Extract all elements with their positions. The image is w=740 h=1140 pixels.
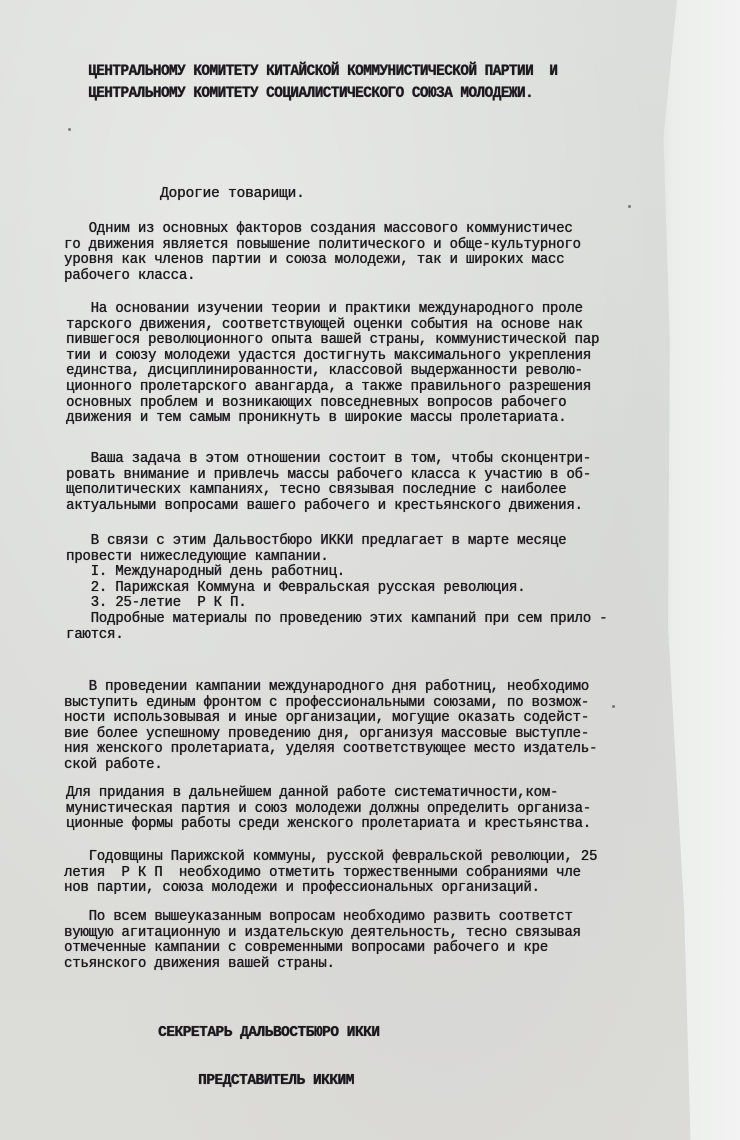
text-line: Годовщины Парижской коммуны, русской фев… bbox=[64, 850, 597, 866]
document-heading: ЦЕНТРАЛЬНОМУ КОМИТЕТУ КИТАЙСКОЙ КОММУНИС… bbox=[88, 60, 557, 104]
salutation: Дорогие товарищи. bbox=[160, 185, 305, 203]
paragraph: Годовщины Парижской коммуны, русской фев… bbox=[64, 850, 597, 897]
text-line: ской работе. bbox=[64, 758, 597, 774]
paragraph: Ваша задача в этом отношении состоит в т… bbox=[66, 452, 591, 514]
text-line: гаются. bbox=[66, 628, 607, 644]
text-line: 2. Парижская Коммуна и Февральская русск… bbox=[66, 581, 607, 597]
text-line: отмеченные кампании с современными вопро… bbox=[64, 941, 581, 957]
signature-secretary: СЕКРЕТАРЬ ДАЛЬВОСТБЮРО ИККИ bbox=[158, 1025, 379, 1041]
text-line: По всем вышеуказанным вопросам необходим… bbox=[64, 910, 581, 926]
text-line: выступить единым фронтом с профессиональ… bbox=[64, 696, 597, 712]
text-line: щеполитических кампаниях, тесно связывая… bbox=[66, 483, 591, 499]
text-line: Ваша задача в этом отношении состоит в т… bbox=[66, 452, 591, 468]
text-line: основных проблем и возникающих повседнев… bbox=[66, 396, 599, 412]
text-line: В проведении кампании международного дня… bbox=[64, 680, 597, 696]
ink-speck bbox=[628, 205, 631, 208]
text-line: Для придания в дальнейшем данной работе … bbox=[66, 786, 591, 802]
text-line: пившегося революционного опыта вашей стр… bbox=[66, 333, 599, 349]
heading-line: ЦЕНТРАЛЬНОМУ КОМИТЕТУ КИТАЙСКОЙ КОММУНИС… bbox=[88, 60, 557, 82]
ink-speck bbox=[612, 705, 615, 708]
text-line: рабочего класса. bbox=[64, 269, 581, 285]
text-line: Подробные материалы по проведению этих к… bbox=[66, 612, 607, 628]
text-line: мунистическая партия и союз молодежи дол… bbox=[66, 802, 591, 818]
text-line: актуальными вопросами вашего рабочего и … bbox=[66, 499, 591, 515]
text-line: 3. 25-летие Р К П. bbox=[66, 596, 607, 612]
text-line: стьянского движения вашей страны. bbox=[64, 957, 581, 973]
ink-speck bbox=[68, 128, 71, 131]
document-sheet: ЦЕНТРАЛЬНОМУ КОМИТЕТУ КИТАЙСКОЙ КОММУНИС… bbox=[0, 0, 740, 1140]
text-line: В связи с этим Дальвостбюро ИККИ предлаг… bbox=[66, 534, 607, 550]
text-line: единства, дисциплинированности, классово… bbox=[66, 364, 599, 380]
text-line: уровня как членов партии и союза молодеж… bbox=[64, 253, 581, 269]
torn-page-edge bbox=[650, 0, 740, 1140]
text-line: На основании изучении теории и практики … bbox=[66, 302, 599, 318]
text-line: I. Международный день работниц. bbox=[66, 565, 607, 581]
text-line: вующую агитационную и издательскую деяте… bbox=[64, 926, 581, 942]
signature-representative: ПРЕДСТАВИТЕЛЬ ИККИМ bbox=[198, 1073, 354, 1089]
text-line: ционного пролетарского авангарда, а такж… bbox=[66, 380, 599, 396]
text-line: нов партии, союза молодежи и профессиона… bbox=[64, 881, 597, 897]
text-line: ровать внимание и привлечь массы рабочег… bbox=[66, 468, 591, 484]
paragraph: На основании изучении теории и практики … bbox=[66, 302, 599, 427]
paragraph: Одним из основных факторов создания масс… bbox=[64, 222, 581, 284]
text-line: ния женского пролетариата, уделяя соотве… bbox=[64, 742, 597, 758]
text-line: ности использовывая и иные организации, … bbox=[64, 711, 597, 727]
text-line: вие более успешному проведению дня, орга… bbox=[64, 727, 597, 743]
text-line: го движения является повышение политичес… bbox=[64, 238, 581, 254]
text-line: тарского движения, соответствующей оценк… bbox=[66, 318, 599, 334]
heading-line: ЦЕНТРАЛЬНОМУ КОМИТЕТУ СОЦИАЛИСТИЧЕСКОГО … bbox=[88, 82, 557, 104]
paragraph-campaign-list: В связи с этим Дальвостбюро ИККИ предлаг… bbox=[66, 534, 607, 643]
paragraph: В проведении кампании международного дня… bbox=[64, 680, 597, 774]
paragraph: Для придания в дальнейшем данной работе … bbox=[66, 786, 591, 833]
text-line: Одним из основных факторов создания масс… bbox=[64, 222, 581, 238]
text-line: летия Р К П необходимо отметить торжеств… bbox=[64, 866, 597, 882]
text-line: провести нижеследующие кампании. bbox=[66, 550, 607, 566]
text-line: движения и тем самым проникнуть в широки… bbox=[66, 411, 599, 427]
paragraph: По всем вышеуказанным вопросам необходим… bbox=[64, 910, 581, 972]
text-line: ционные формы работы среди женского прол… bbox=[66, 817, 591, 833]
